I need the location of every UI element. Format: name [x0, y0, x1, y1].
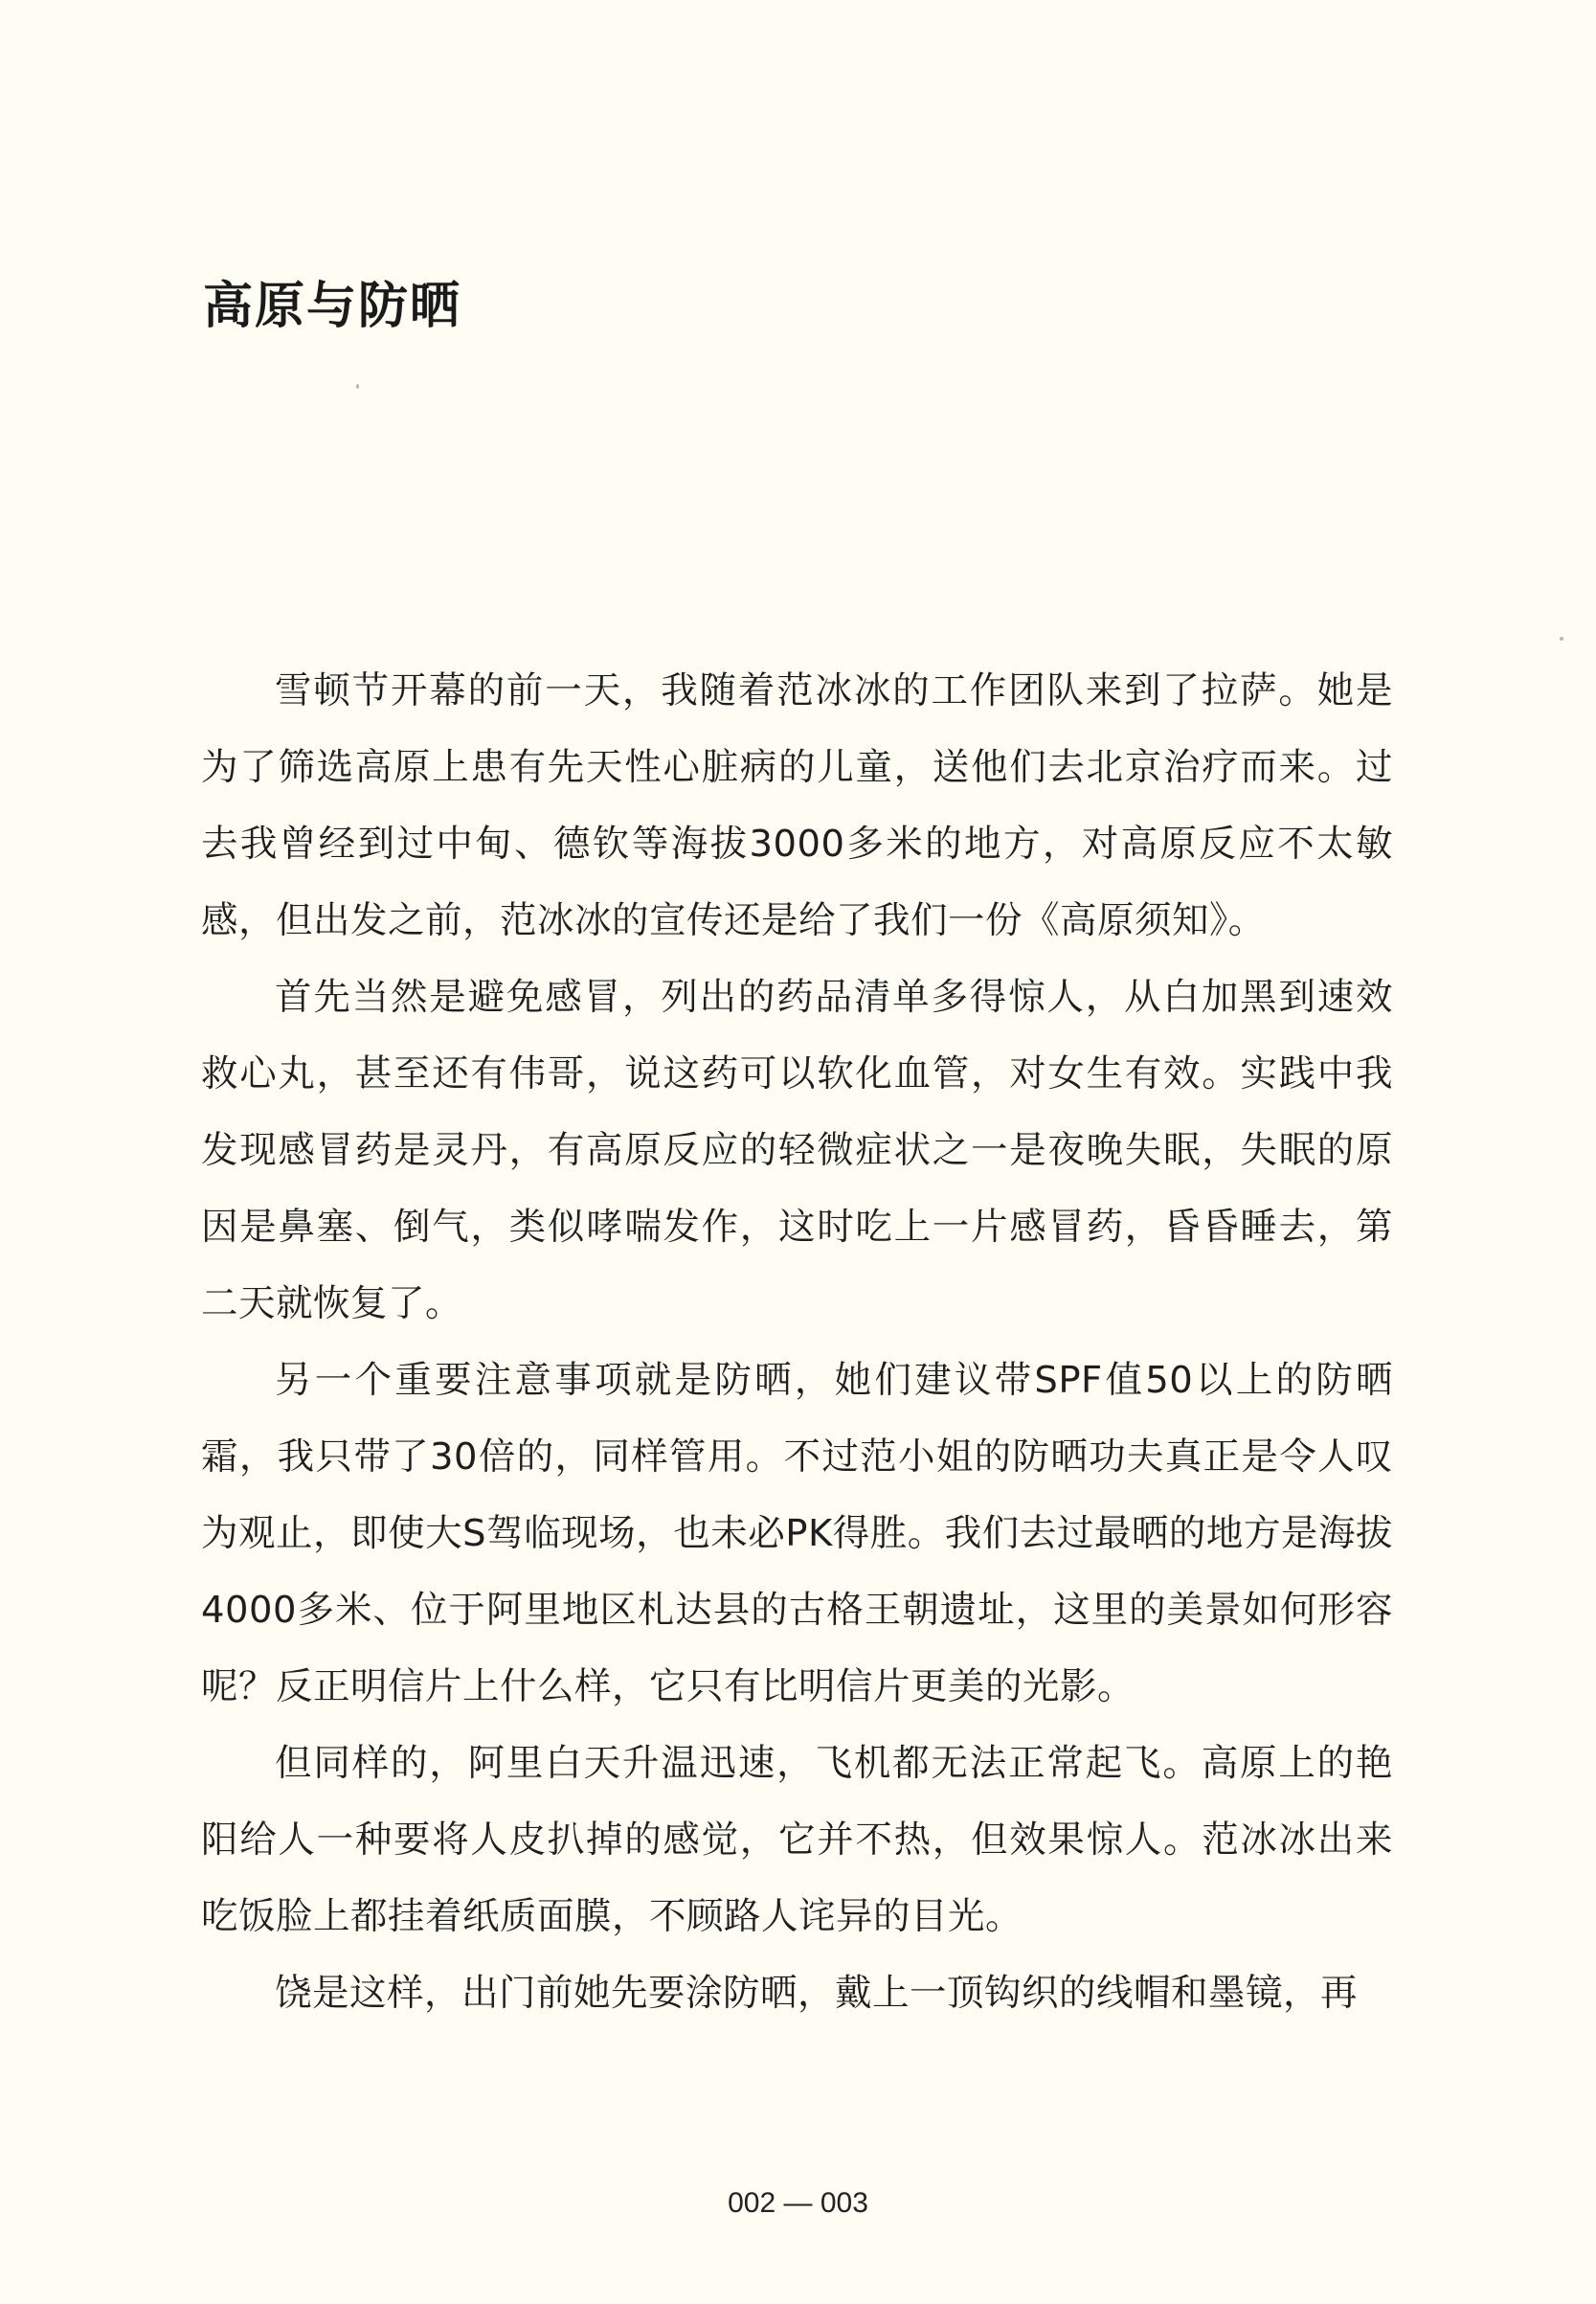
scan-speck — [356, 384, 359, 389]
paragraph: 雪顿节开幕的前一天，我随着范冰冰的工作团队来到了拉萨。她是为了筛选高原上患有先天… — [201, 653, 1393, 960]
paragraph: 饶是这样，出门前她先要涂防晒，戴上一顶钩织的线帽和墨镜，再 — [201, 1955, 1393, 2032]
chapter-title: 高原与防晒 — [203, 276, 461, 337]
paragraph: 另一个重要注意事项就是防晒，她们建议带SPF值50以上的防晒霜，我只带了30倍的… — [201, 1343, 1393, 1726]
scan-speck — [1560, 637, 1563, 641]
paragraph: 首先当然是避免感冒，列出的药品清单多得惊人，从白加黑到速效救心丸，甚至还有伟哥，… — [201, 960, 1393, 1343]
body-text: 雪顿节开幕的前一天，我随着范冰冰的工作团队来到了拉萨。她是为了筛选高原上患有先天… — [201, 653, 1393, 2032]
paragraph: 但同样的，阿里白天升温迅速，飞机都无法正常起飞。高原上的艳阳给人一种要将人皮扒掉… — [201, 1726, 1393, 1955]
book-page: 高原与防晒 雪顿节开幕的前一天，我随着范冰冰的工作团队来到了拉萨。她是为了筛选高… — [0, 0, 1596, 2304]
page-number: 002 — 003 — [0, 2186, 1596, 2221]
